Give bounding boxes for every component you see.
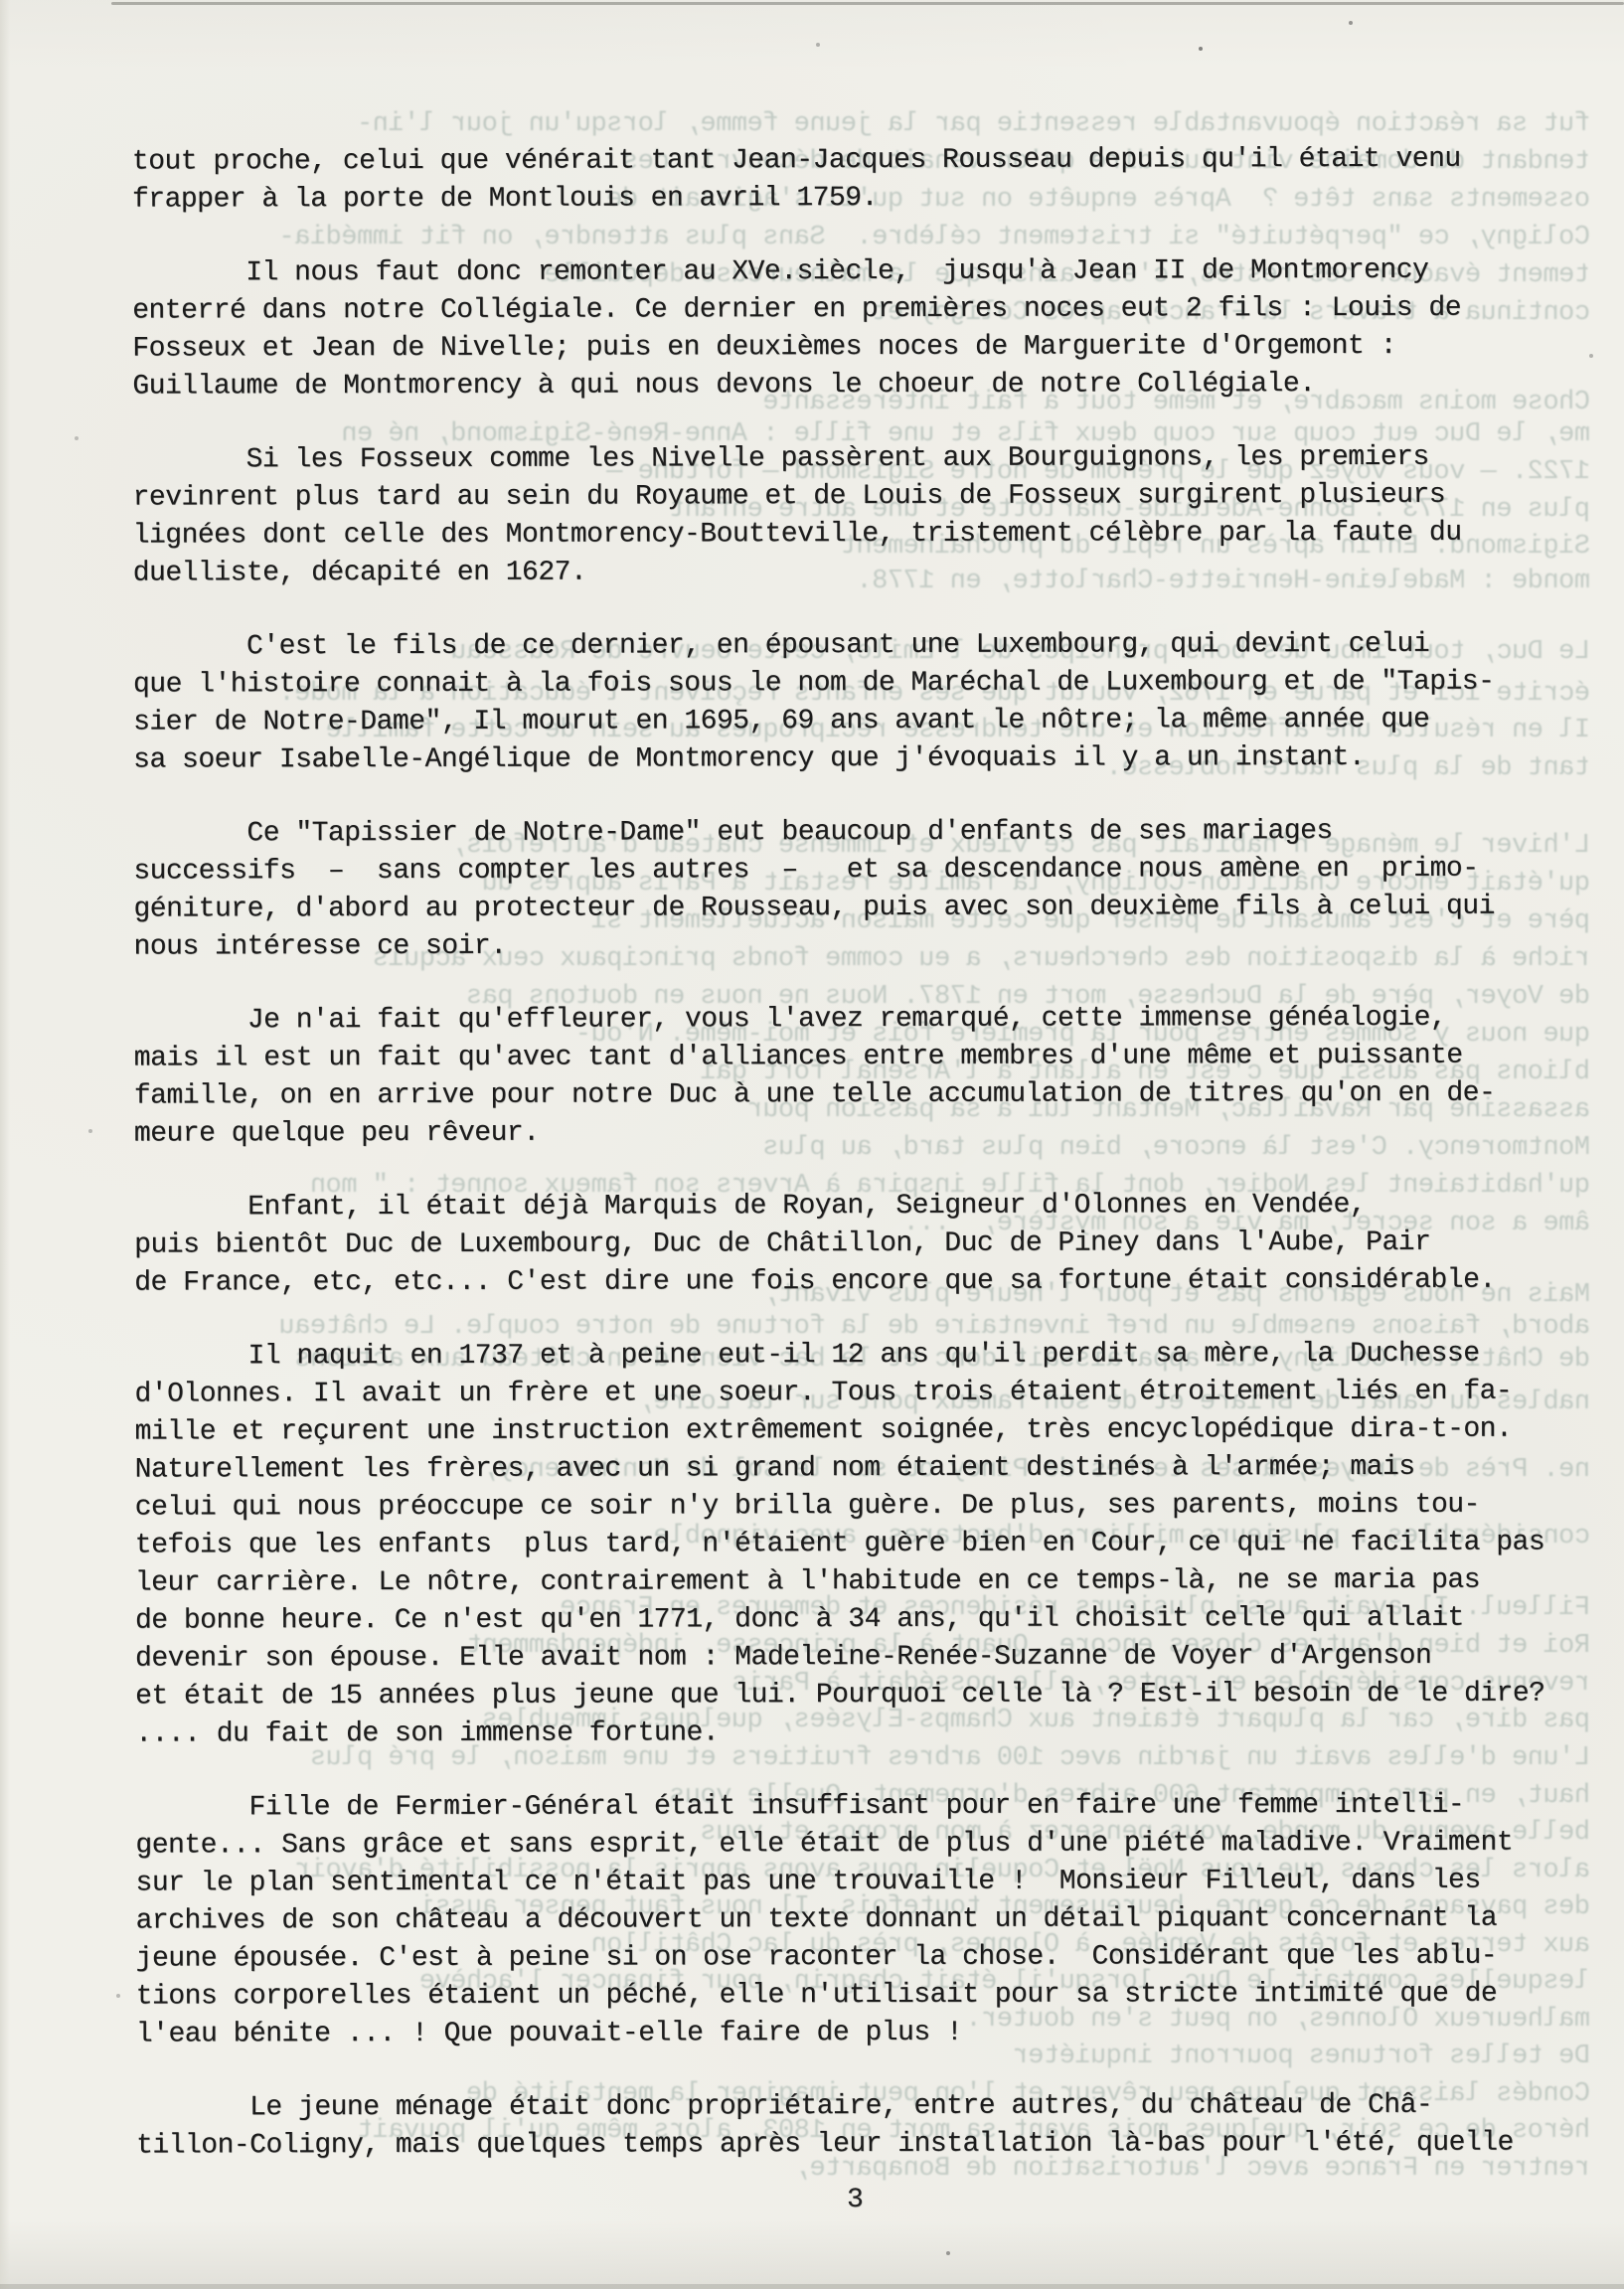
scanned-document: { "page": { "number": "3", "paper_color"… [0, 0, 1624, 2289]
paragraph-jean-ii-montmorency: Il nous faut donc remonter au XVe.siècle… [132, 251, 1601, 406]
document-page: fut sa réaction épouvantable ressentie p… [0, 0, 1624, 2289]
paragraph-tapissier-descendance: Ce "Tapissier de Notre-Dame" eut beaucou… [133, 812, 1602, 966]
dust-specks [0, 0, 2, 2]
paragraph-fosseux-nivelle: Si les Fosseux comme les Nivelle passère… [132, 438, 1601, 592]
paragraph-rousseau-montlouis: tout proche, celui que vénérait tant Jea… [132, 140, 1601, 219]
paragraph-fille-fermier-general: Fille de Fermier-Général était insuffisa… [135, 1786, 1605, 2053]
paragraph-naissance-1737: Il naquit en 1737 et à peine eut-il 12 a… [134, 1335, 1604, 1753]
bleedthrough-line: fut sa réaction épouvantable ressentie p… [117, 111, 1590, 138]
page-number: 3 [847, 2185, 864, 2215]
text-block: tout proche, celui que vénérait tant Jea… [132, 140, 1605, 2201]
paragraph-genealogie: Je n'ai fait qu'effleurer, vous l'avez r… [134, 999, 1603, 1153]
paragraph-chatillon-coligny: Le jeune ménage était donc propriétaire,… [136, 2086, 1605, 2165]
paragraph-marechal-luxembourg: C'est le fils de ce dernier, en épousant… [133, 625, 1602, 779]
paragraph-titres: Enfant, il était déjà Marquis de Royan, … [134, 1186, 1603, 1302]
